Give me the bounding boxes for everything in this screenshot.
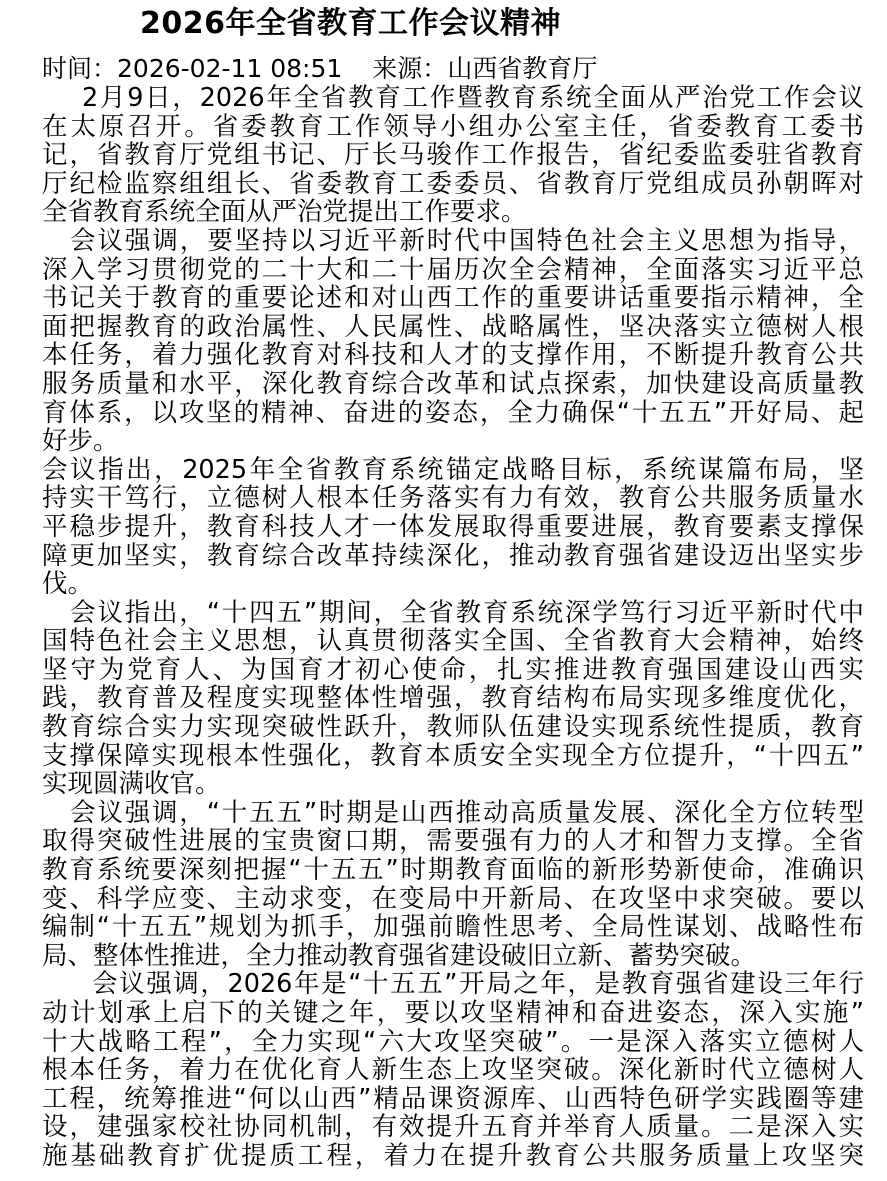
text-line: 支撑保障实现根本性强化，教育本质安全实现全方位提升，“十四五”: [42, 742, 864, 771]
text-line: 育体系，以攻坚的精神、奋进的姿态，全力确保“十五五”开好局、起: [42, 399, 864, 428]
text-line: 全省教育系统全面从严治党提出工作要求。: [42, 198, 864, 227]
text-line: 工程，统筹推进“何以山西”精品课资源库、山西特色研学实践圈等建: [42, 1085, 864, 1114]
article-title: 2026年全省教育工作会议精神: [140, 4, 561, 44]
text-line: 根本任务，着力在优化育人新生态上攻坚突破。深化新时代立德树人: [42, 1056, 864, 1085]
text-line: 局、整体性推进，全力推动教育强省建设破旧立新、蓄势突破。: [42, 942, 864, 971]
text-line: 会议强调，2026年是“十五五”开局之年，是教育强省建设三年行: [42, 970, 864, 999]
text-line: 十大战略工程”，全力实现“六大攻坚突破”。一是深入落实立德树人: [42, 1028, 864, 1057]
text-line: 会议强调，要坚持以习近平新时代中国特色社会主义思想为指导，: [42, 227, 864, 256]
source-name: 山西省教育厅: [447, 54, 597, 83]
text-line: 会议强调，“十五五”时期是山西推动高质量发展、深化全方位转型: [42, 799, 864, 828]
text-line: 深入学习贯彻党的二十大和二十届历次全会精神，全面落实习近平总: [42, 256, 864, 285]
text-line: 书记关于教育的重要论述和对山西工作的重要讲话重要指示精神，全: [42, 284, 864, 313]
publish-time: 2026-02-11 08:51: [117, 54, 342, 83]
text-line: 记，省教育厅党组书记、厅长马骏作工作报告，省纪委监委驻省教育: [42, 141, 864, 170]
text-line: 厅纪检监察组组长、省委教育工委委员、省教育厅党组成员孙朝晖对: [42, 170, 864, 199]
time-label: 时间：: [42, 54, 117, 83]
text-line: 服务质量和水平，深化教育综合改革和试点探索，加快建设高质量教: [42, 370, 864, 399]
text-line: 会议指出，“十四五”期间，全省教育系统深学笃行习近平新时代中: [42, 599, 864, 628]
source-label: 来源：: [372, 54, 447, 83]
text-line: 平稳步提升，教育科技人才一体发展取得重要进展，教育要素支撑保: [42, 513, 864, 542]
text-line: 本任务，着力强化教育对科技和人才的支撑作用，不断提升教育公共: [42, 341, 864, 370]
text-line: 动计划承上启下的关键之年，要以攻坚精神和奋进姿态，深入实施”: [42, 999, 864, 1028]
text-line: 障更加坚实，教育综合改革持续深化，推动教育强省建设迈出坚实步: [42, 542, 864, 571]
text-line: 教育系统要深刻把握“十五五”时期教育面临的新形势新使命，准确识: [42, 856, 864, 885]
text-line: 持实干笃行，立德树人根本任务落实有力有效，教育公共服务质量水: [42, 484, 864, 513]
text-line: 面把握教育的政治属性、人民属性、战略属性，坚决落实立德树人根: [42, 313, 864, 342]
text-line: 实现圆满收官。: [42, 770, 864, 799]
text-line: 取得突破性进展的宝贵窗口期，需要强有力的人才和智力支撑。全省: [42, 827, 864, 856]
text-line: 施基础教育扩优提质工程，着力在提升教育公共服务质量上攻坚突: [42, 1142, 864, 1171]
article-body: 2月9日，2026年全省教育工作暨教育系统全面从严治党工作会议 在太原召开。省委…: [42, 84, 864, 1171]
text-line: 坚守为党育人、为国育才初心使命，扎实推进教育强国建设山西实: [42, 656, 864, 685]
text-line: 2月9日，2026年全省教育工作暨教育系统全面从严治党工作会议: [42, 84, 864, 113]
text-line: 会议指出，2025年全省教育系统锚定战略目标，系统谋篇布局，坚: [42, 456, 864, 485]
text-line: 变、科学应变、主动求变，在变局中开新局、在攻坚中求突破。要以: [42, 885, 864, 914]
text-line: 国特色社会主义思想，认真贯彻落实全国、全省教育大会精神，始终: [42, 627, 864, 656]
text-line: 在太原召开。省委教育工作领导小组办公室主任，省委教育工委书: [42, 113, 864, 142]
text-line: 践，教育普及程度实现整体性增强，教育结构布局实现多维度优化，: [42, 684, 864, 713]
text-line: 编制“十五五”规划为抓手，加强前瞻性思考、全局性谋划、战略性布: [42, 913, 864, 942]
text-line: 教育综合实力实现突破性跃升，教师队伍建设实现系统性提质，教育: [42, 713, 864, 742]
article-meta: 时间：2026-02-11 08:51来源：山西省教育厅: [42, 54, 597, 84]
text-line: 伐。: [42, 570, 864, 599]
text-line: 好步。: [42, 427, 864, 456]
text-line: 设，建强家校社协同机制，有效提升五育并举育人质量。二是深入实: [42, 1113, 864, 1142]
